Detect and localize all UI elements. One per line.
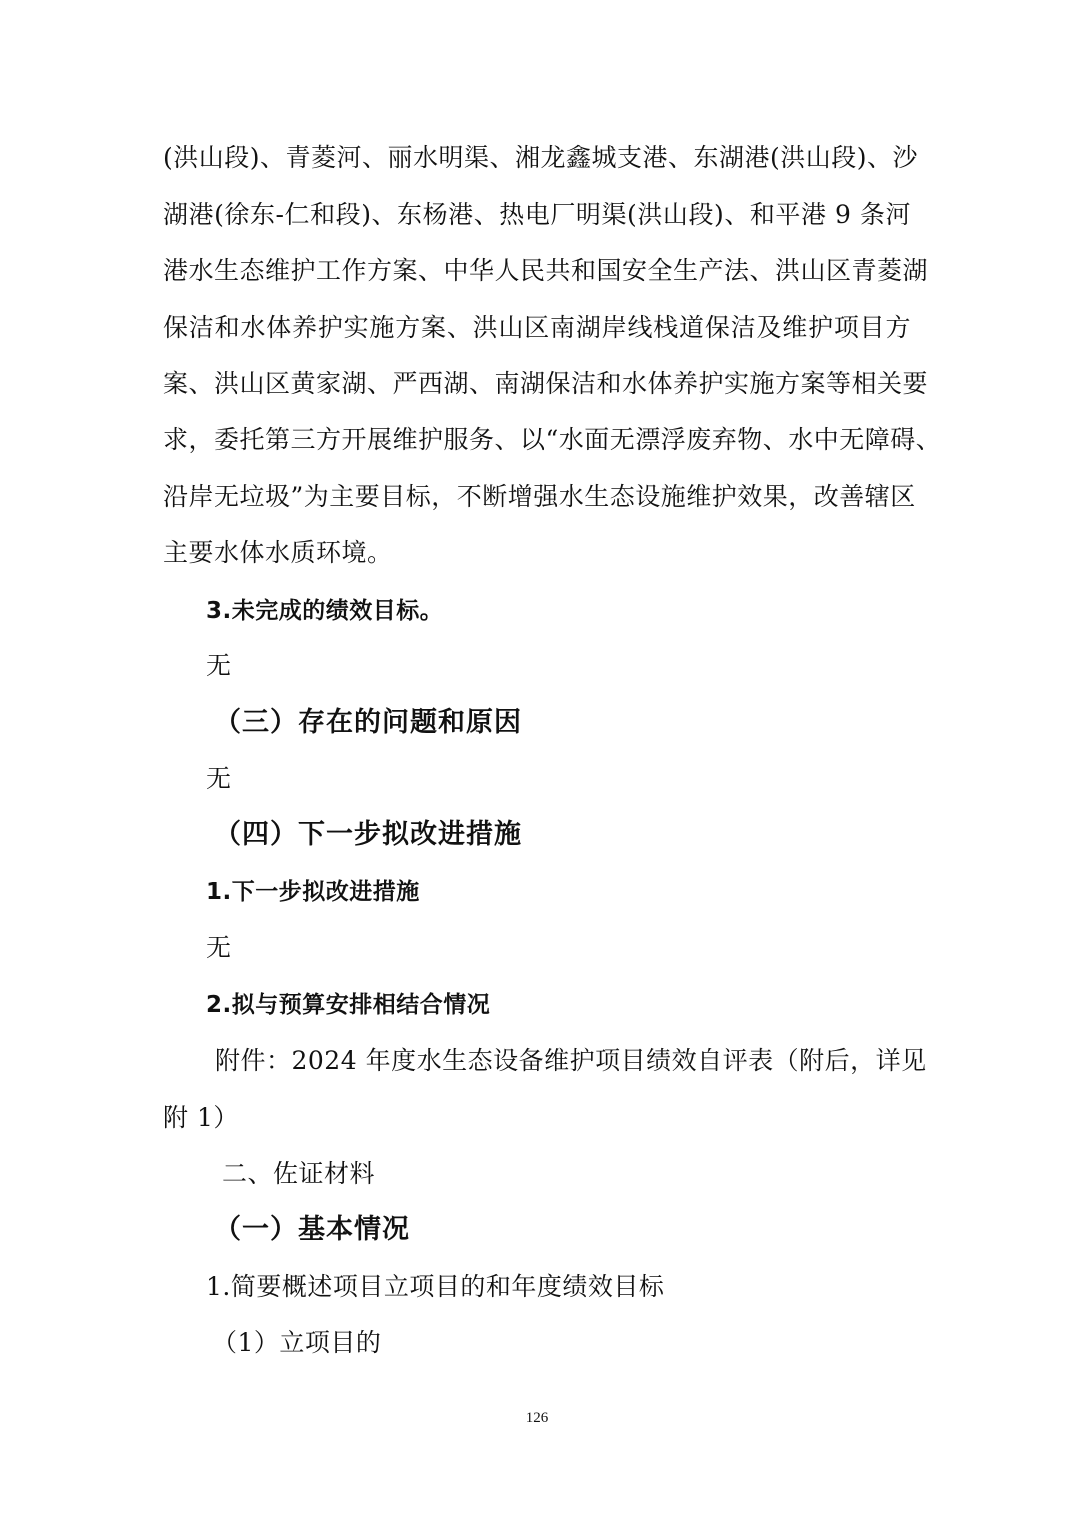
paragraph-line: 保洁和水体养护实施方案、洪山区南湖岸线栈道保洁及维护项目方 — [163, 313, 911, 343]
paragraph-line: 沿岸无垃圾”为主要目标，不断增强水生态设施维护效果，改善辖区 — [163, 482, 911, 512]
paragraph-line: 湖港(徐东-仁和段)、东杨港、热电厂明渠(洪山段)、和平港 9 条河 — [163, 200, 911, 230]
next-steps-sub2-heading: 2.拟与预算安排相结合情况 — [206, 990, 490, 1020]
section-title: 二、佐证材料 — [222, 1159, 375, 1189]
attachment-line: 附 1） — [163, 1103, 239, 1133]
next-steps-sub1-heading: 1.下一步拟改进措施 — [206, 877, 420, 907]
next-steps-sub1-text: 无 — [206, 933, 232, 963]
item1-sub1: （1）立项目的 — [212, 1328, 381, 1358]
attachment-line: 附件：2024 年度水生态设备维护项目绩效自评表（附后，详见 — [215, 1046, 927, 1076]
document-page: (洪山段)、青菱河、丽水明渠、湘龙鑫城支港、东湖港(洪山段)、沙 湖港(徐东-仁… — [0, 0, 1074, 1520]
next-steps-heading: （四）下一步拟改进措施 — [214, 820, 522, 850]
basic-info-heading: （一）基本情况 — [214, 1215, 410, 1245]
paragraph-line: 港水生态维护工作方案、中华人民共和国安全生产法、洪山区青菱湖 — [163, 256, 911, 286]
paragraph-line: (洪山段)、青菱河、丽水明渠、湘龙鑫城支港、东湖港(洪山段)、沙 — [163, 143, 911, 173]
problems-text: 无 — [206, 764, 232, 794]
item1-heading: 1.简要概述项目立项目的和年度绩效目标 — [206, 1272, 664, 1302]
page-number: 126 — [0, 1410, 1074, 1427]
paragraph-line: 案、洪山区黄家湖、严西湖、南湖保洁和水体养护实施方案等相关要 — [163, 369, 911, 399]
problems-heading: （三）存在的问题和原因 — [214, 708, 522, 738]
paragraph-line: 求，委托第三方开展维护服务、以“水面无漂浮废弃物、水中无障碍、 — [163, 425, 911, 455]
paragraph-line: 主要水体水质环境。 — [163, 538, 393, 568]
unfinished-goals-heading: 3.未完成的绩效目标。 — [206, 596, 443, 626]
unfinished-goals-text: 无 — [206, 651, 232, 681]
